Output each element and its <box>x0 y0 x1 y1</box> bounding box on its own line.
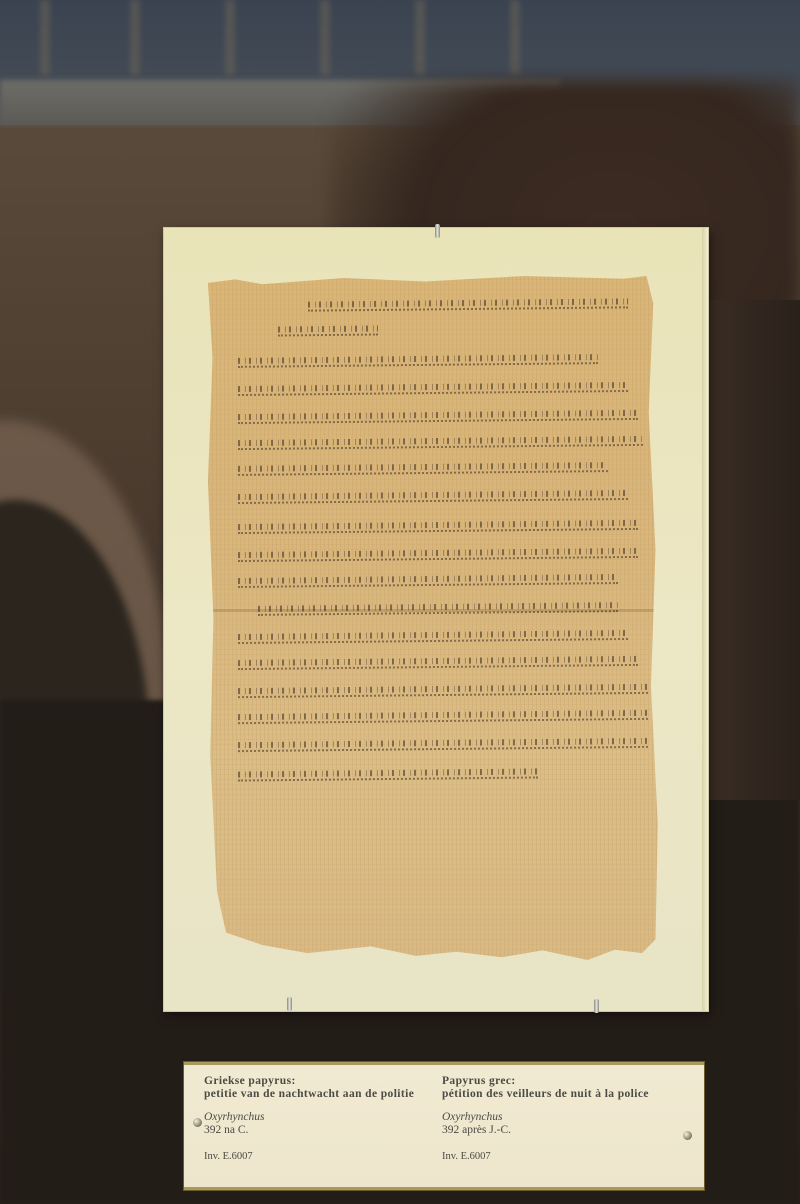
mount-edge <box>702 228 708 1011</box>
script-line <box>238 546 638 562</box>
exhibit-label: Griekse papyrus: petitie van de nachtwac… <box>184 1062 704 1190</box>
papyrus-document <box>208 276 660 960</box>
script-line <box>238 518 638 534</box>
script-line <box>238 488 628 504</box>
label-origin-fr: Oxyrhynchus <box>442 1111 692 1124</box>
label-title-nl-2: petitie van de nachtwacht aan de politie <box>204 1088 454 1101</box>
label-screw-left <box>193 1118 202 1127</box>
script-line <box>238 654 638 670</box>
script-line <box>238 408 638 424</box>
mount-clip-top <box>435 224 440 238</box>
label-french: Papyrus grec: pétition des veilleurs de … <box>442 1075 692 1162</box>
background-right <box>705 300 800 800</box>
label-inventory-nl: Inv. E.6007 <box>204 1151 454 1162</box>
label-title-fr-1: Papyrus grec: <box>442 1075 692 1088</box>
script-line <box>238 708 648 724</box>
script-line <box>238 736 648 752</box>
label-date-nl: 392 na C. <box>204 1124 454 1137</box>
script-line <box>238 380 628 396</box>
script-line <box>238 766 538 781</box>
label-dutch: Griekse papyrus: petitie van de nachtwac… <box>204 1075 454 1162</box>
script-line <box>238 434 643 450</box>
label-date-fr: 392 après J.-C. <box>442 1124 692 1137</box>
label-title-nl-1: Griekse papyrus: <box>204 1075 454 1088</box>
script-line <box>258 600 618 616</box>
mount-clip-bottom-right <box>594 999 599 1013</box>
label-title-fr-2: pétition des veilleurs de nuit à la poli… <box>442 1088 692 1101</box>
script-line <box>238 460 608 476</box>
script-line <box>238 628 628 644</box>
script-line <box>238 682 648 698</box>
script-line <box>278 323 378 336</box>
script-line <box>308 296 628 311</box>
script-line <box>238 352 598 368</box>
label-origin-nl: Oxyrhynchus <box>204 1111 454 1124</box>
label-inventory-fr: Inv. E.6007 <box>442 1151 692 1162</box>
mount-clip-bottom-left <box>287 997 292 1011</box>
script-line <box>238 572 618 588</box>
